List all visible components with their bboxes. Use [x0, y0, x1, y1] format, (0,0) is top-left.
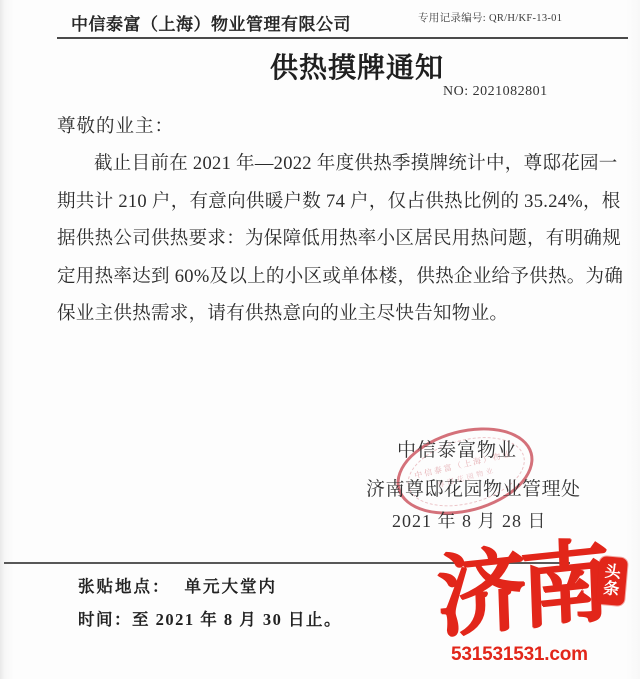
badge-char: 头	[604, 563, 621, 581]
posting-location-value: 单元大堂内	[185, 577, 278, 596]
posting-location-line: 张贴地点：单元大堂内	[78, 573, 277, 597]
salutation: 尊敬的业主：	[57, 112, 174, 138]
page-title: 供热摸牌通知	[270, 46, 444, 86]
posting-location-label: 张贴地点：	[78, 577, 171, 596]
body-line: 期共计 210 户，有意向供暖户数 74 户，仅占供热比例的 35.24%，根	[57, 184, 635, 222]
record-number: 专用记录编号: QR/H/KF-13-01	[418, 10, 562, 25]
signature-org-line2: 济南尊邸花园物业管理处	[366, 474, 581, 501]
header-divider	[57, 37, 628, 39]
body-line: 据供热公司供热要求：为保障低用热率小区居民用热问题，有明确规	[57, 221, 635, 259]
posting-time-value: 至 2021 年 8 月 30 日止。	[132, 610, 342, 629]
badge-char: 条	[603, 580, 620, 598]
signature-org-line1: 中信泰富物业	[397, 435, 517, 462]
body-line: 截止目前在 2021 年—2022 年度供热季摸牌统计中，尊邸花园一	[57, 146, 635, 184]
body-line: 保业主供热需求，请有供热意向的业主尽快告知物业。	[57, 296, 635, 334]
document-number: NO: 2021082801	[443, 84, 548, 100]
toutiao-seal-icon: 头 条	[596, 556, 628, 606]
body-paragraph: 截止目前在 2021 年—2022 年度供热季摸牌统计中，尊邸花园一 期共计 2…	[57, 146, 635, 334]
scanned-notice-document: 中信泰富（上海）物业管理有限公司 专用记录编号: QR/H/KF-13-01 供…	[0, 0, 640, 679]
posting-time-line: 时间：至 2021 年 8 月 30 日止。	[78, 606, 342, 630]
company-name: 中信泰富（上海）物业管理有限公司	[71, 10, 351, 35]
watermark-url: 531531531.com	[451, 644, 588, 666]
body-line: 定用热率达到 60%及以上的小区或单体楼，供热企业给予供热。为确	[57, 259, 635, 297]
posting-time-label: 时间：	[78, 610, 132, 629]
signature-date: 2021 年 8 月 28 日	[392, 507, 547, 533]
jinan-calligraphy-logo: 济南	[435, 535, 605, 647]
